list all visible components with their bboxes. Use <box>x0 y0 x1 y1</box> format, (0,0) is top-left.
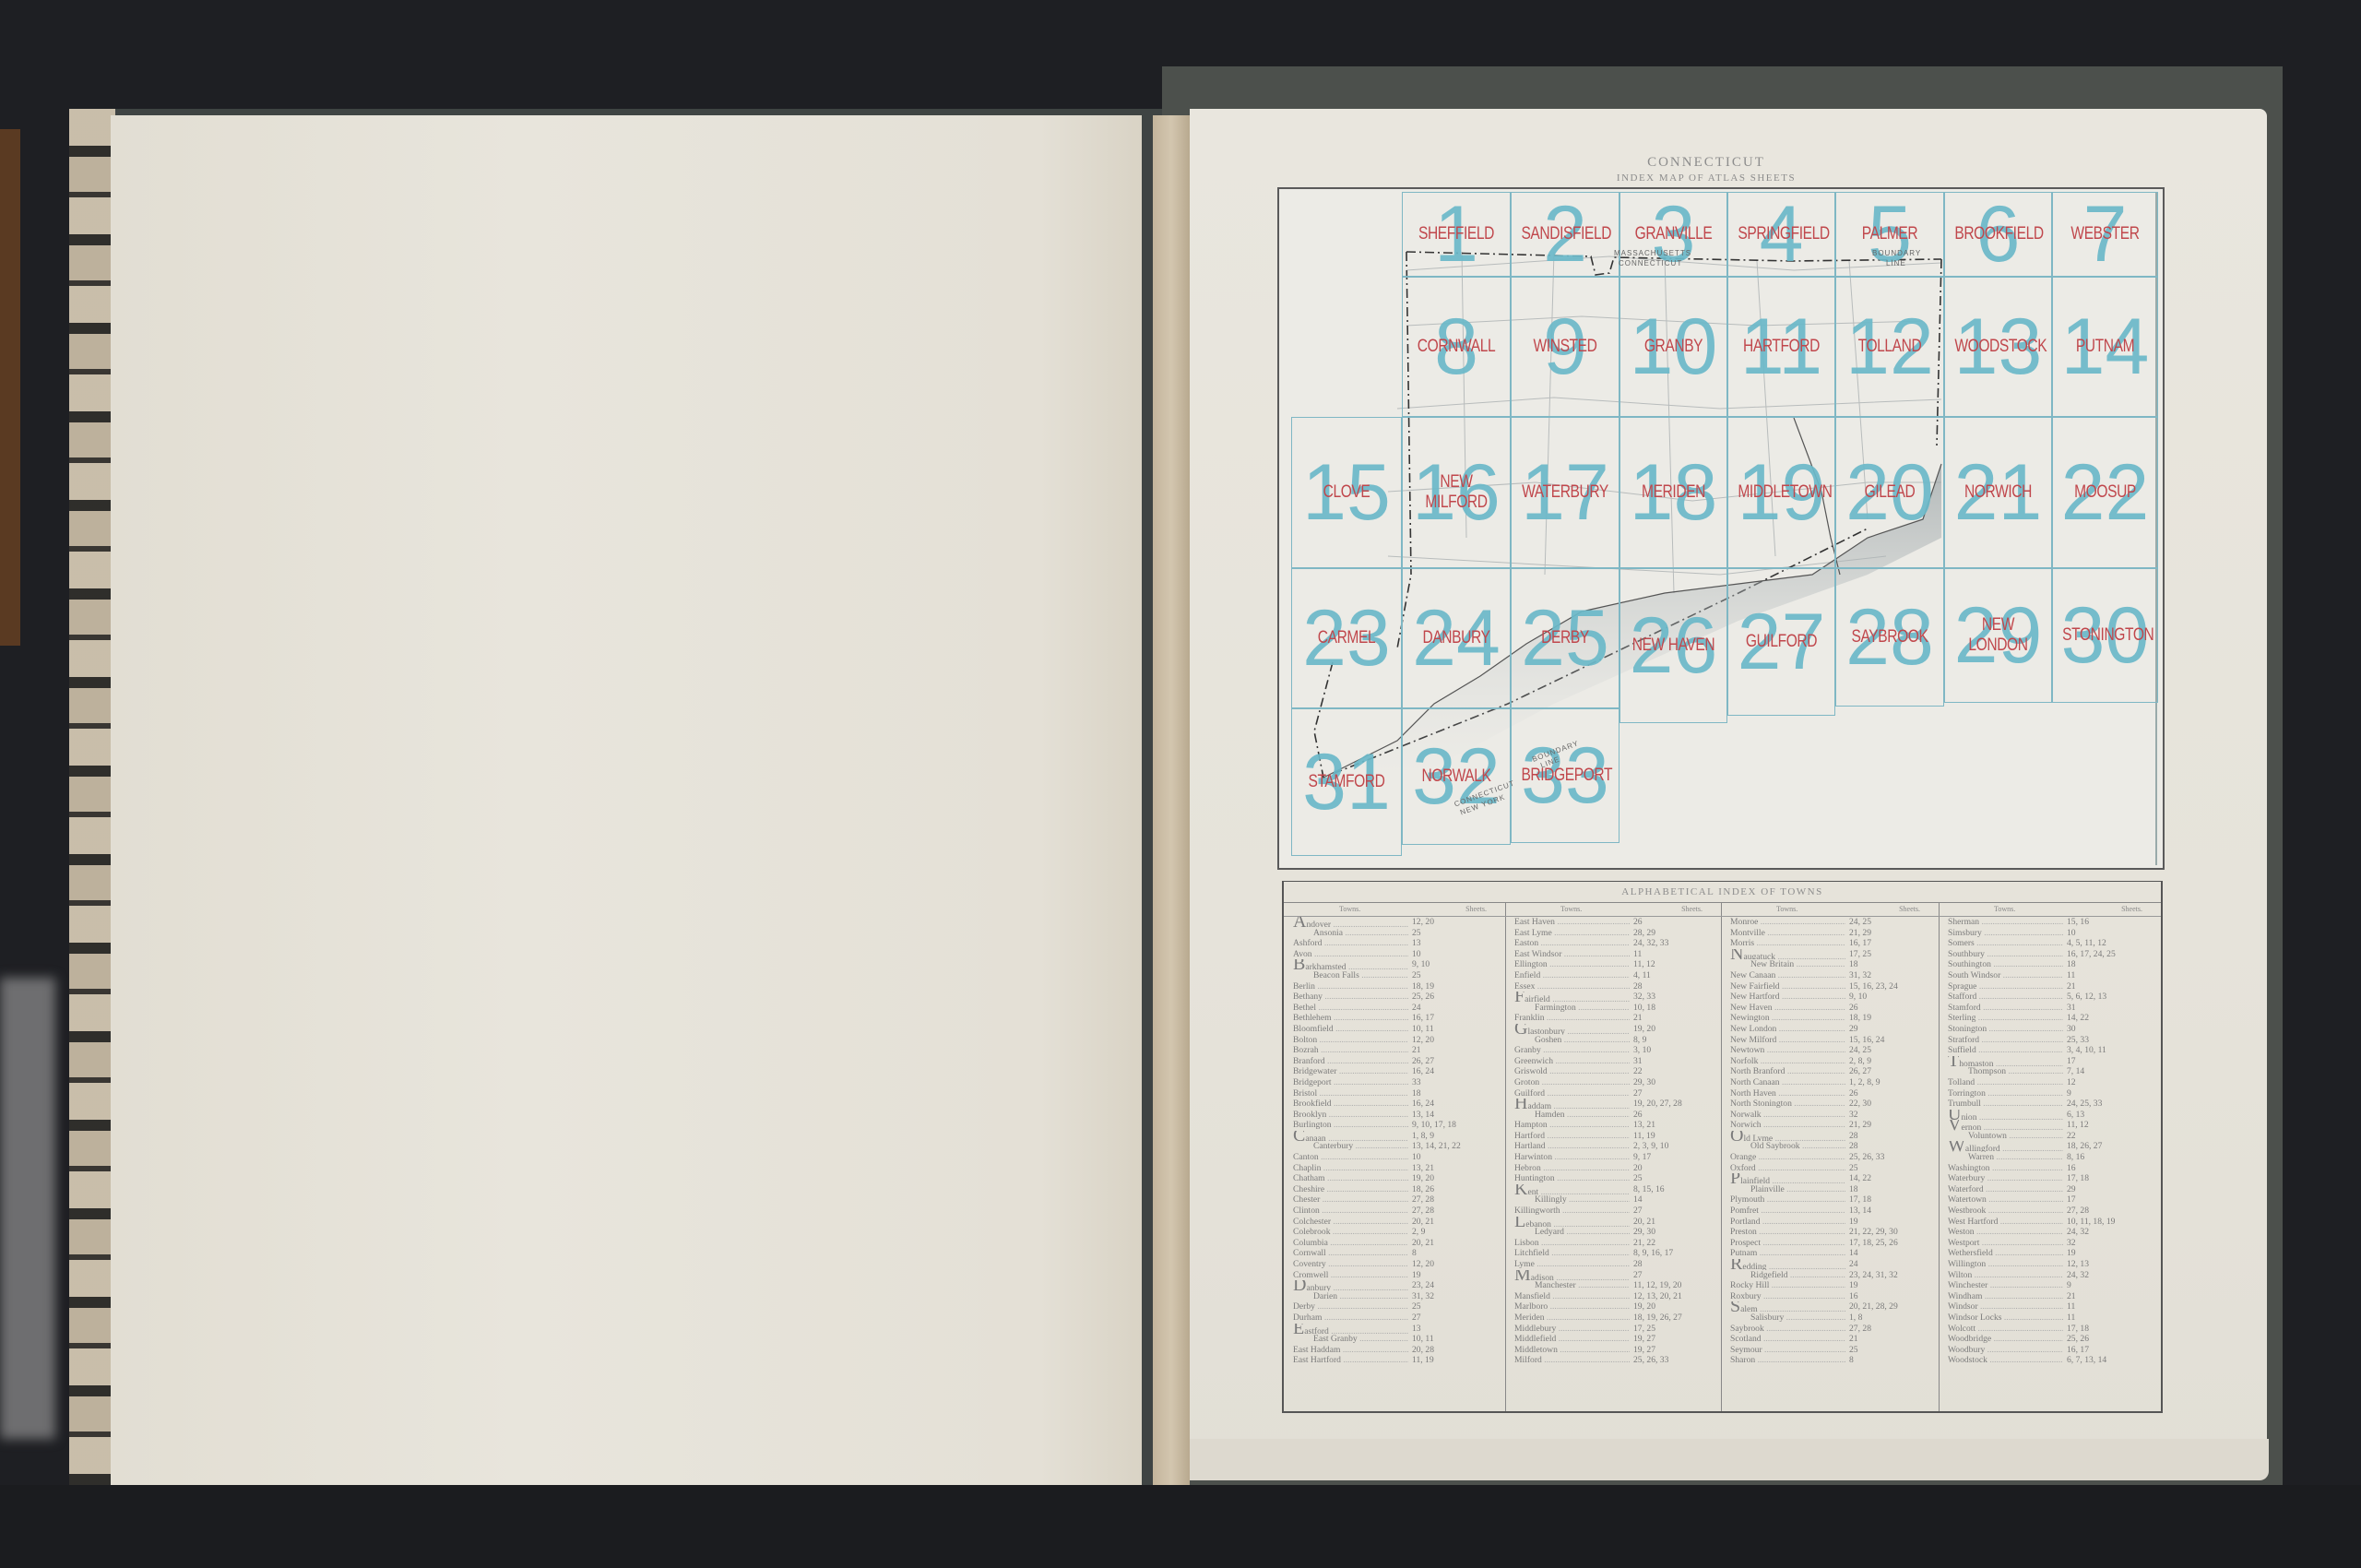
sheet-numbers: 10 <box>1408 1152 1421 1163</box>
index-row: Meriden18, 19, 26, 27 <box>1505 1313 1721 1324</box>
town-name: Lebanon <box>1514 1217 1630 1228</box>
sheet-numbers: 15, 16, 23, 24 <box>1845 981 1898 992</box>
town-name: Bridgewater <box>1293 1066 1408 1077</box>
sheet-numbers: 18 <box>1845 1184 1858 1195</box>
index-row: Farmington10, 18 <box>1505 1003 1721 1014</box>
sheet-cell[interactable]: 31STAMFORD <box>1291 708 1402 856</box>
sheet-numbers: 21 <box>2063 1291 2076 1302</box>
sheet-numbers: 28, 29 <box>1630 928 1655 939</box>
town-name: Bethlehem <box>1293 1013 1408 1024</box>
index-row: North Canaan1, 2, 8, 9 <box>1721 1077 1939 1088</box>
sheet-cell[interactable]: 1SHEFFIELD <box>1402 192 1511 277</box>
index-row: Woodbury16, 17 <box>1939 1345 2161 1356</box>
index-row: Plainville18 <box>1721 1184 1939 1195</box>
town-name: Warren <box>1948 1152 2063 1163</box>
town-name: Rocky Hill <box>1730 1280 1845 1291</box>
index-row: Canton10 <box>1284 1152 1505 1163</box>
index-row: East Hartford11, 19 <box>1284 1355 1505 1366</box>
sheet-numbers: 25 <box>1630 1173 1643 1184</box>
index-row: Madison27 <box>1505 1270 1721 1281</box>
sheet-numbers: 17, 25 <box>1630 1324 1655 1335</box>
index-row: Bolton12, 20 <box>1284 1035 1505 1046</box>
town-name: Voluntown <box>1948 1131 2063 1142</box>
index-row: Sherman15, 16 <box>1939 917 2161 928</box>
sheet-numbers: 25, 33 <box>2063 1035 2089 1046</box>
sheet-numbers: 25 <box>1408 1301 1421 1313</box>
town-name: Lisbon <box>1514 1238 1630 1249</box>
sheet-numbers: 1, 8 <box>1845 1313 1862 1324</box>
town-name: North Canaan <box>1730 1077 1845 1088</box>
sheet-numbers: 18, 19 <box>1408 981 1434 992</box>
index-row: Sharon8 <box>1721 1355 1939 1366</box>
boundary-label-connecticut-north: CONNECTICUT <box>1619 259 1682 267</box>
index-row: Scotland21 <box>1721 1334 1939 1345</box>
sheet-numbers: 32 <box>1845 1110 1858 1121</box>
sheet-numbers: 10, 11, 18, 19 <box>2063 1217 2115 1228</box>
sheet-cell[interactable]: 24DANBURY <box>1402 568 1511 708</box>
index-row: Lisbon21, 22 <box>1505 1238 1721 1249</box>
town-name: Middlebury <box>1514 1324 1630 1335</box>
sheet-cell[interactable]: 22MOOSUP <box>2052 417 2158 568</box>
sheet-numbers: 18 <box>1408 1088 1421 1099</box>
town-name: Orange <box>1730 1152 1845 1163</box>
sheet-numbers: 25, 26 <box>1408 992 1434 1003</box>
sheet-cell[interactable]: 7WEBSTER <box>2052 192 2158 277</box>
town-name: Southington <box>1948 959 2063 970</box>
sheet-numbers: 11 <box>2063 1313 2075 1324</box>
sheet-numbers: 22 <box>1630 1066 1643 1077</box>
town-name: Waterford <box>1948 1184 2063 1195</box>
town-name: Norwich <box>1730 1120 1845 1131</box>
index-row: Bridgeport33 <box>1284 1077 1505 1088</box>
boundary-label-massachusetts: MASSACHUSETTS <box>1614 249 1691 257</box>
sheet-cell[interactable]: 23CARMEL <box>1291 568 1402 708</box>
sheet-numbers: 16 <box>2063 1163 2076 1174</box>
index-row: Willington12, 13 <box>1939 1259 2161 1270</box>
sheet-numbers: 20, 21 <box>1408 1217 1434 1228</box>
town-name: Wallingford <box>1948 1141 2063 1152</box>
blank-left-page <box>111 115 1142 1499</box>
sheet-numbers: 7, 14 <box>2063 1066 2084 1077</box>
town-name: Mansfield <box>1514 1291 1630 1302</box>
town-name: Marlboro <box>1514 1301 1630 1313</box>
town-name: Farmington <box>1514 1003 1630 1014</box>
town-name: Washington <box>1948 1163 2063 1174</box>
sheet-numbers: 26 <box>1630 1110 1643 1121</box>
sheet-cell[interactable]: 11HARTFORD <box>1727 277 1835 417</box>
sheet-numbers: 12, 20 <box>1408 917 1434 928</box>
town-name: Hamden <box>1514 1110 1630 1121</box>
town-name: Killingly <box>1514 1194 1630 1206</box>
index-column-header: Towns.Sheets. <box>1721 903 1939 917</box>
sheet-numbers: 9 <box>2063 1088 2071 1099</box>
sheet-numbers: 18, 26, 27 <box>2063 1141 2102 1152</box>
sheet-cell[interactable]: 32NORWALK <box>1402 708 1511 845</box>
town-name: Ellington <box>1514 959 1630 970</box>
sheet-numbers: 11 <box>2063 970 2075 981</box>
town-name: Westbrook <box>1948 1206 2063 1217</box>
town-name: Morris <box>1730 938 1845 949</box>
index-row: Salem20, 21, 28, 29 <box>1721 1301 1939 1313</box>
town-name: Bloomfield <box>1293 1024 1408 1035</box>
sheet-numbers: 20, 28 <box>1408 1345 1434 1356</box>
index-row: Andover12, 20 <box>1284 917 1505 928</box>
sheet-numbers: 12, 13, 20, 21 <box>1630 1291 1682 1302</box>
index-row: Brookfield16, 24 <box>1284 1099 1505 1110</box>
worn-cover-edge <box>69 109 115 1515</box>
town-name: Salisbury <box>1730 1313 1845 1324</box>
town-name: Saybrook <box>1730 1324 1845 1335</box>
town-name: Simsbury <box>1948 928 2063 939</box>
sheet-numbers: 19 <box>1845 1280 1858 1291</box>
index-row: Newington18, 19 <box>1721 1013 1939 1024</box>
sheet-numbers: 9 <box>2063 1280 2071 1291</box>
sheet-numbers: 26 <box>1845 1003 1858 1014</box>
sheet-numbers: 24, 32 <box>2063 1227 2089 1238</box>
sheet-numbers: 14, 22 <box>2063 1013 2089 1024</box>
town-name: East Haven <box>1514 917 1630 928</box>
town-name: Montville <box>1730 928 1845 939</box>
town-name: Durham <box>1293 1313 1408 1324</box>
index-row: Ellington11, 12 <box>1505 959 1721 970</box>
index-row: Griswold22 <box>1505 1066 1721 1077</box>
index-row: Derby25 <box>1284 1301 1505 1313</box>
index-row: Sterling14, 22 <box>1939 1013 2161 1024</box>
sheet-cell[interactable]: 6BROOKFIELD <box>1944 192 2052 277</box>
index-row: North Stonington22, 30 <box>1721 1099 1939 1110</box>
town-name: Groton <box>1514 1077 1630 1088</box>
index-row: Franklin21 <box>1505 1013 1721 1024</box>
sheet-cell[interactable]: 2SANDISFIELD <box>1511 192 1619 277</box>
index-row: Pomfret13, 14 <box>1721 1206 1939 1217</box>
sheet-cell[interactable]: 27GUILFORD <box>1727 568 1835 716</box>
index-row: Colchester20, 21 <box>1284 1217 1505 1228</box>
index-row: Middlefield19, 27 <box>1505 1334 1721 1345</box>
index-row: Cheshire18, 26 <box>1284 1184 1505 1195</box>
town-name: Westport <box>1948 1238 2063 1249</box>
index-row: Lyme28 <box>1505 1259 1721 1270</box>
town-name: Avon <box>1293 949 1408 960</box>
index-row: Clinton27, 28 <box>1284 1206 1505 1217</box>
dark-background-bottom <box>0 1485 2361 1568</box>
index-row: Old Saybrook28 <box>1721 1141 1939 1152</box>
sheet-numbers: 12, 13 <box>2063 1259 2089 1270</box>
sheet-numbers: 19 <box>2063 1248 2076 1259</box>
sheet-numbers: 32, 33 <box>1630 992 1655 1003</box>
sheet-numbers: 29 <box>1845 1024 1858 1035</box>
index-row: Darien31, 32 <box>1284 1291 1505 1302</box>
index-row: Old Lyme28 <box>1721 1131 1939 1142</box>
sheet-numbers: 27 <box>1630 1206 1643 1217</box>
town-name: Watertown <box>1948 1194 2063 1206</box>
sheet-cell[interactable]: 17WATERBURY <box>1511 417 1619 568</box>
index-row: Middletown19, 27 <box>1505 1345 1721 1356</box>
town-name: Winchester <box>1948 1280 2063 1291</box>
sheet-numbers: 12, 20 <box>1408 1035 1434 1046</box>
sheet-numbers: 19, 20 <box>1630 1301 1655 1313</box>
sheet-numbers: 20, 21 <box>1408 1238 1434 1249</box>
town-name: Woodstock <box>1948 1355 2063 1366</box>
index-row: Berlin18, 19 <box>1284 981 1505 992</box>
index-row: Milford25, 26, 33 <box>1505 1355 1721 1366</box>
town-name: Naugatuck <box>1730 949 1845 960</box>
town-name: Essex <box>1514 981 1630 992</box>
sheet-cell[interactable]: 10GRANBY <box>1619 277 1727 417</box>
index-row: North Branford26, 27 <box>1721 1066 1939 1077</box>
boundary-label-north-boundary: BOUNDARY <box>1872 249 1921 257</box>
sheet-numbers: 19, 27 <box>1630 1345 1655 1356</box>
sheet-numbers: 21, 29 <box>1845 928 1871 939</box>
index-row: Norwich21, 29 <box>1721 1120 1939 1131</box>
index-row: Waterford29 <box>1939 1184 2161 1195</box>
sheet-numbers: 28 <box>1630 981 1643 992</box>
index-row: Redding24 <box>1721 1259 1939 1270</box>
sheet-numbers: 17, 25 <box>1845 949 1871 960</box>
town-name: South Windsor <box>1948 970 2063 981</box>
sheet-cell[interactable]: 12TOLLAND <box>1835 277 1944 417</box>
index-rows: Andover12, 20Ansonia25Ashford13Avon10Bar… <box>1284 917 1505 1366</box>
index-row: Branford26, 27 <box>1284 1056 1505 1067</box>
town-name: Hebron <box>1514 1163 1630 1174</box>
index-row: Oxford25 <box>1721 1163 1939 1174</box>
town-name: East Lyme <box>1514 928 1630 939</box>
index-title: ALPHABETICAL INDEX OF TOWNS <box>1284 882 2161 903</box>
sheet-cell[interactable]: 4SPRINGFIELD <box>1727 192 1835 277</box>
index-row: Goshen8, 9 <box>1505 1035 1721 1046</box>
town-name: Chatham <box>1293 1173 1408 1184</box>
sheet-numbers: 28 <box>1845 1131 1858 1142</box>
town-name: New Fairfield <box>1730 981 1845 992</box>
town-name: Wilton <box>1948 1270 2063 1281</box>
town-name: Eastford <box>1293 1324 1408 1335</box>
sheet-numbers: 25 <box>1845 1163 1858 1174</box>
town-name: North Branford <box>1730 1066 1845 1077</box>
sheet-numbers: 24, 25, 33 <box>2063 1099 2102 1110</box>
sheet-numbers: 13, 14 <box>1845 1206 1871 1217</box>
index-row: Windham21 <box>1939 1291 2161 1302</box>
sheet-numbers: 27, 28 <box>1845 1324 1871 1335</box>
town-name: Windsor Locks <box>1948 1313 2063 1324</box>
index-row: Coventry12, 20 <box>1284 1259 1505 1270</box>
sheet-numbers: 25 <box>1845 1345 1858 1356</box>
sheet-numbers: 27 <box>1630 1088 1643 1099</box>
sheet-numbers: 22, 30 <box>1845 1099 1871 1110</box>
town-name: Windham <box>1948 1291 2063 1302</box>
sheet-numbers: 2, 3, 9, 10 <box>1630 1141 1668 1152</box>
index-row: Lebanon20, 21 <box>1505 1217 1721 1228</box>
index-row: East Lyme28, 29 <box>1505 928 1721 939</box>
sheet-numbers: 11, 12 <box>1630 959 1655 970</box>
town-name: Plymouth <box>1730 1194 1845 1206</box>
town-name: Stonington <box>1948 1024 2063 1035</box>
town-name: Hampton <box>1514 1120 1630 1131</box>
town-name: Killingworth <box>1514 1206 1630 1217</box>
sheet-numbers: 24 <box>1408 1003 1421 1014</box>
sheet-numbers: 17 <box>2063 1056 2076 1067</box>
index-rows: Monroe24, 25Montville21, 29Morris16, 17N… <box>1721 917 1939 1366</box>
index-row: Ashford13 <box>1284 938 1505 949</box>
index-row: East Haven26 <box>1505 917 1721 928</box>
alphabetical-index-table: ALPHABETICAL INDEX OF TOWNS Towns.Sheets… <box>1282 881 2163 1413</box>
town-name: Trumbull <box>1948 1099 2063 1110</box>
index-row: Stonington30 <box>1939 1024 2161 1035</box>
sheet-cell[interactable]: 29NEW LONDON <box>1944 568 2052 703</box>
sheet-numbers: 19 <box>1845 1217 1858 1228</box>
sheet-numbers: 4, 11 <box>1630 970 1651 981</box>
town-name: Sprague <box>1948 981 2063 992</box>
sheet-cell[interactable]: 30STONINGTON <box>2052 568 2158 703</box>
sheet-cell[interactable]: 9WINSTED <box>1511 277 1619 417</box>
index-row: Bozrah21 <box>1284 1045 1505 1056</box>
sheet-cell[interactable]: 21NORWICH <box>1944 417 2052 568</box>
index-row: Danbury23, 24 <box>1284 1280 1505 1291</box>
sheet-numbers: 8, 15, 16 <box>1630 1184 1665 1195</box>
index-row: Newtown24, 25 <box>1721 1045 1939 1056</box>
sheet-cell[interactable]: 20GILEAD <box>1835 417 1944 568</box>
sheet-numbers: 8 <box>1845 1355 1854 1366</box>
index-row: Westport32 <box>1939 1238 2161 1249</box>
town-name: Thomaston <box>1948 1056 2063 1067</box>
sheet-numbers: 21, 22, 29, 30 <box>1845 1227 1898 1238</box>
town-name: Columbia <box>1293 1238 1408 1249</box>
index-row: New London29 <box>1721 1024 1939 1035</box>
town-name: Wethersfield <box>1948 1248 2063 1259</box>
index-row: Washington16 <box>1939 1163 2161 1174</box>
index-row: New Britain18 <box>1721 959 1939 970</box>
index-row: Tolland12 <box>1939 1077 2161 1088</box>
sheet-numbers: 9, 17 <box>1630 1152 1651 1163</box>
sheet-numbers: 13 <box>1408 1324 1421 1335</box>
town-name: Coventry <box>1293 1259 1408 1270</box>
sheet-cell[interactable]: 13WOODSTOCK <box>1944 277 2052 417</box>
town-name: Weston <box>1948 1227 2063 1238</box>
sheet-cell[interactable]: 15CLOVE <box>1291 417 1402 568</box>
sheet-cell[interactable]: 25DERBY <box>1511 568 1619 708</box>
town-name: Roxbury <box>1730 1291 1845 1302</box>
index-column-header: Towns.Sheets. <box>1939 903 2161 917</box>
gray-fabric <box>0 978 55 1439</box>
sheet-numbers: 16, 17 <box>1408 1013 1434 1024</box>
sheet-cell[interactable]: 18MERIDEN <box>1619 417 1727 568</box>
index-row: East Granby10, 11 <box>1284 1334 1505 1345</box>
sheet-cell[interactable]: 26NEW HAVEN <box>1619 568 1727 723</box>
town-name: Chaplin <box>1293 1163 1408 1174</box>
sheet-numbers: 16, 24 <box>1408 1099 1434 1110</box>
sheet-numbers: 24, 32, 33 <box>1630 938 1668 949</box>
sheet-numbers: 25, 26 <box>2063 1334 2089 1345</box>
sheet-numbers: 24, 25 <box>1845 1045 1871 1056</box>
sheet-numbers: 19, 27 <box>1630 1334 1655 1345</box>
index-row: Litchfield8, 9, 16, 17 <box>1505 1248 1721 1259</box>
town-name: Sharon <box>1730 1355 1845 1366</box>
sheet-cell[interactable]: 19MIDDLETOWN <box>1727 417 1835 568</box>
index-row: Glastonbury19, 20 <box>1505 1024 1721 1035</box>
town-name: Branford <box>1293 1056 1408 1067</box>
town-name: Southbury <box>1948 949 2063 960</box>
index-row: Canterbury13, 14, 21, 22 <box>1284 1141 1505 1152</box>
town-name: Norfolk <box>1730 1056 1845 1067</box>
sheet-numbers: 26 <box>1845 1088 1858 1099</box>
sheet-cell[interactable]: 16NEW MILFORD <box>1402 417 1511 568</box>
sheet-numbers: 26, 27 <box>1845 1066 1871 1077</box>
town-name: Putnam <box>1730 1248 1845 1259</box>
index-row: Mansfield12, 13, 20, 21 <box>1505 1291 1721 1302</box>
index-row: Hampton13, 21 <box>1505 1120 1721 1131</box>
sheet-numbers: 33 <box>1408 1077 1421 1088</box>
town-name: Thompson <box>1948 1066 2063 1077</box>
index-rows: Sherman15, 16Simsbury10Somers4, 5, 11, 1… <box>1939 917 2161 1366</box>
sheet-cell[interactable]: 33BRIDGEPORT <box>1511 708 1619 843</box>
town-name: Woodbridge <box>1948 1334 2063 1345</box>
town-name: Fairfield <box>1514 992 1630 1003</box>
town-name: Barkhamsted <box>1293 959 1408 970</box>
sheet-numbers: 10, 18 <box>1630 1003 1655 1014</box>
town-name: Bristol <box>1293 1088 1408 1099</box>
sheet-cell[interactable]: 14PUTNAM <box>2052 277 2158 417</box>
sheet-cell[interactable]: 8CORNWALL <box>1402 277 1511 417</box>
index-row: Windsor Locks11 <box>1939 1313 2161 1324</box>
town-name: Portland <box>1730 1217 1845 1228</box>
index-row: Bridgewater16, 24 <box>1284 1066 1505 1077</box>
index-row: Killingworth27 <box>1505 1206 1721 1217</box>
sheet-numbers: 3, 4, 10, 11 <box>2063 1045 2106 1056</box>
index-row: Somers4, 5, 11, 12 <box>1939 938 2161 949</box>
sheet-numbers: 24, 25 <box>1845 917 1871 928</box>
sheet-numbers: 28 <box>1630 1259 1643 1270</box>
book-gutter <box>1153 115 1190 1490</box>
index-column-header: Towns.Sheets. <box>1284 903 1505 917</box>
town-name: Cornwall <box>1293 1248 1408 1259</box>
sheet-numbers: 16, 17, 24, 25 <box>2063 949 2116 960</box>
sheet-cell[interactable]: 28SAYBROOK <box>1835 568 1944 707</box>
town-name: Granby <box>1514 1045 1630 1056</box>
town-name: Manchester <box>1514 1280 1630 1291</box>
sheet-numbers: 10 <box>1408 949 1421 960</box>
sheet-numbers: 16, 24 <box>1408 1066 1434 1077</box>
index-row: Thomaston17 <box>1939 1056 2161 1067</box>
index-row: Warren8, 16 <box>1939 1152 2161 1163</box>
town-name: Bridgeport <box>1293 1077 1408 1088</box>
sheet-numbers: 31, 32 <box>1845 970 1871 981</box>
index-row: Columbia20, 21 <box>1284 1238 1505 1249</box>
sheet-numbers: 18, 19, 26, 27 <box>1630 1313 1682 1324</box>
index-row: Naugatuck17, 25 <box>1721 949 1939 960</box>
index-row: New Fairfield15, 16, 23, 24 <box>1721 981 1939 992</box>
town-name: North Haven <box>1730 1088 1845 1099</box>
town-name: Bolton <box>1293 1035 1408 1046</box>
sheet-numbers: 17, 18 <box>2063 1324 2089 1335</box>
index-row: Groton29, 30 <box>1505 1077 1721 1088</box>
index-row: Putnam14 <box>1721 1248 1939 1259</box>
town-name: Hartford <box>1514 1131 1630 1142</box>
sheet-numbers: 1, 2, 8, 9 <box>1845 1077 1880 1088</box>
town-name: Stamford <box>1948 1003 2063 1014</box>
town-name: Clinton <box>1293 1206 1408 1217</box>
town-name: Canaan <box>1293 1131 1408 1142</box>
sheet-numbers: 17, 18 <box>2063 1173 2089 1184</box>
town-name: Madison <box>1514 1270 1630 1281</box>
sheet-numbers: 19, 20 <box>1630 1024 1655 1035</box>
town-name: Goshen <box>1514 1035 1630 1046</box>
index-row: Enfield4, 11 <box>1505 970 1721 981</box>
index-row: Voluntown22 <box>1939 1131 2161 1142</box>
sheet-numbers: 11, 19 <box>1408 1355 1434 1366</box>
index-row: Ledyard29, 30 <box>1505 1227 1721 1238</box>
index-row: Morris16, 17 <box>1721 938 1939 949</box>
sheet-numbers: 31 <box>2063 1003 2076 1014</box>
town-name: Meriden <box>1514 1313 1630 1324</box>
sheet-numbers: 6, 13 <box>2063 1110 2084 1121</box>
